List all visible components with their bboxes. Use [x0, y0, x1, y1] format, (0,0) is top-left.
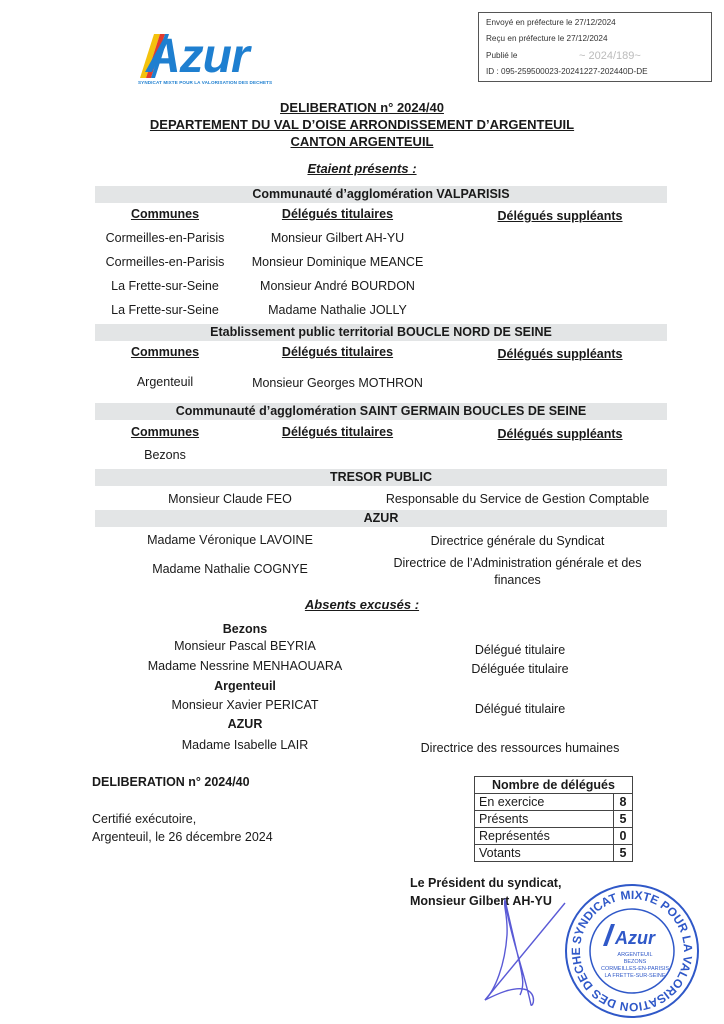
- titulaire-cell: Monsieur Georges MOTHRON: [240, 376, 435, 390]
- tresor-name: Monsieur Claude FEO: [130, 492, 330, 506]
- azur-logo: Azur SYNDICAT MIXTE POUR LA VALORISATION…: [136, 30, 276, 92]
- titulaire-cell: Madame Nathalie JOLLY: [240, 303, 435, 317]
- absent-role: Déléguée titulaire: [395, 662, 645, 676]
- absent-name: Madame Nessrine MENHAOUARA: [130, 659, 360, 673]
- svg-text:ARGENTEUIL: ARGENTEUIL: [617, 952, 652, 958]
- prefecture-stamp-box: Envoyé en préfecture le 27/12/2024 Reçu …: [478, 12, 712, 82]
- staff-name: Madame Nathalie COGNYE: [130, 562, 330, 576]
- commune-cell: Cormeilles-en-Parisis: [95, 231, 235, 245]
- delegates-count-table: Nombre de délégués En exercice8 Présents…: [474, 776, 633, 862]
- absent-group-label: Argenteuil: [130, 679, 360, 693]
- staff-role: Directrice de l’Administration générale …: [370, 555, 665, 589]
- publication-number-watermark: ~ 2024/189~: [579, 50, 641, 62]
- section-band-valparisis: Communauté d’agglomération VALPARISIS: [95, 186, 667, 203]
- commune-cell: La Frette-sur-Seine: [95, 279, 235, 293]
- prefecture-id: ID : 095-259500023-20241227-202440D-DE: [486, 67, 648, 76]
- canton-heading: CANTON ARGENTEUIL: [0, 134, 724, 149]
- official-stamp-icon: SYNDICAT MIXTE POUR LA VALORISATION DES …: [563, 882, 701, 1020]
- column-header-titulaires: Délégués titulaires: [240, 207, 435, 221]
- logo-subtitle: SYNDICAT MIXTE POUR LA VALORISATION DES …: [138, 80, 272, 85]
- svg-text:BEZONS: BEZONS: [624, 959, 647, 965]
- president-title: Le Président du syndicat,: [410, 876, 561, 890]
- place-and-date: Argenteuil, le 26 décembre 2024: [92, 830, 273, 844]
- column-header-titulaires: Délégués titulaires: [240, 425, 435, 439]
- svg-text:Azur: Azur: [614, 928, 656, 948]
- absent-group-label: AZUR: [130, 717, 360, 731]
- prefecture-published: Publié le: [486, 51, 517, 60]
- section-band-boucle-nord: Etablissement public territorial BOUCLE …: [95, 324, 667, 341]
- department-heading: DEPARTEMENT DU VAL D’OISE ARRONDISSEMENT…: [0, 117, 724, 132]
- table-row: Présents5: [475, 811, 633, 828]
- staff-name: Madame Véronique LAVOINE: [130, 533, 330, 547]
- section-band-azur: AZUR: [95, 510, 667, 527]
- staff-role: Directrice générale du Syndicat: [370, 534, 665, 548]
- logo-wordmark: Azur: [146, 33, 249, 81]
- titulaire-cell: Monsieur André BOURDON: [240, 279, 435, 293]
- commune-cell: Bezons: [95, 448, 235, 462]
- footer-deliberation-number: DELIBERATION n° 2024/40: [92, 775, 250, 789]
- table-row: Représentés0: [475, 828, 633, 845]
- titulaire-cell: Monsieur Gilbert AH-YU: [240, 231, 435, 245]
- titulaire-cell: Monsieur Dominique MEANCE: [240, 255, 435, 269]
- delegates-table-header: Nombre de délégués: [475, 777, 633, 794]
- absent-name: Monsieur Pascal BEYRIA: [130, 639, 360, 653]
- section-band-tresor-public: TRESOR PUBLIC: [95, 469, 667, 486]
- absent-group-label: Bezons: [130, 622, 360, 636]
- column-header-communes: Communes: [95, 425, 235, 439]
- table-row: Votants5: [475, 845, 633, 862]
- absent-name: Monsieur Xavier PERICAT: [130, 698, 360, 712]
- absent-role: Délégué titulaire: [395, 702, 645, 716]
- table-row: En exercice8: [475, 794, 633, 811]
- absent-role: Directrice des ressources humaines: [395, 741, 645, 755]
- column-header-suppleants: Délégués suppléants: [470, 427, 650, 441]
- signature-icon: [465, 895, 575, 1010]
- commune-cell: Cormeilles-en-Parisis: [95, 255, 235, 269]
- absent-name: Madame Isabelle LAIR: [130, 738, 360, 752]
- certified-executory: Certifié exécutoire,: [92, 812, 196, 826]
- tresor-role: Responsable du Service de Gestion Compta…: [370, 492, 665, 506]
- present-heading: Etaient présents :: [0, 161, 724, 176]
- absent-role: Délégué titulaire: [395, 643, 645, 657]
- deliberation-title: DELIBERATION n° 2024/40: [0, 100, 724, 115]
- svg-text:CORMEILLES-EN-PARISIS: CORMEILLES-EN-PARISIS: [601, 966, 669, 972]
- svg-text:LA FRETTE-SUR-SEINE: LA FRETTE-SUR-SEINE: [604, 973, 665, 979]
- column-header-suppleants: Délégués suppléants: [470, 209, 650, 223]
- commune-cell: Argenteuil: [95, 375, 235, 389]
- absents-heading: Absents excusés :: [0, 597, 724, 612]
- column-header-communes: Communes: [95, 345, 235, 359]
- section-band-saint-germain: Communauté d’agglomération SAINT GERMAIN…: [95, 403, 667, 420]
- commune-cell: La Frette-sur-Seine: [95, 303, 235, 317]
- column-header-suppleants: Délégués suppléants: [470, 347, 650, 361]
- prefecture-received-date: Reçu en préfecture le 27/12/2024: [486, 34, 608, 43]
- column-header-communes: Communes: [95, 207, 235, 221]
- prefecture-sent-date: Envoyé en préfecture le 27/12/2024: [486, 18, 616, 27]
- column-header-titulaires: Délégués titulaires: [240, 345, 435, 359]
